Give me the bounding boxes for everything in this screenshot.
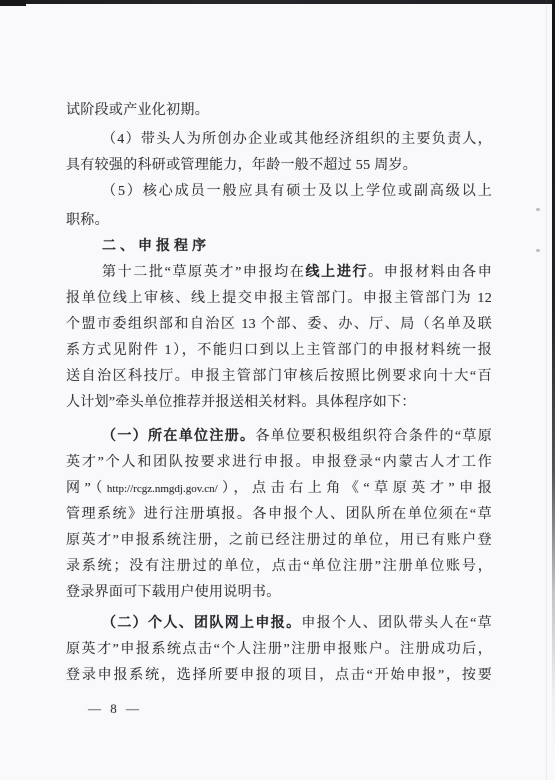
doc-line: 管理系统》进行注册填报。各申报个人、团队所在单位须在“草 [66, 502, 492, 528]
url-text: http://rcgz.nmgdj.gov.cn/ [107, 483, 218, 495]
scan-edge-shadow [546, 0, 547, 780]
doc-line: 报单位线上审核、线上提交申报主管部门。申报主管部门为 12 [66, 286, 492, 312]
doc-line-text: 网”（ [66, 481, 107, 496]
doc-line: 第十二批“草原英才”申报均在线上进行。申报材料由各申 [66, 260, 492, 286]
doc-line: 个盟市委组织部和自治区 13 个部、委、办、厅、局（名单及联 [66, 312, 492, 338]
doc-line-text: 申报个人、团队带头人在“草 [301, 616, 492, 631]
subsection-heading: （一）所在单位注册。 [102, 429, 255, 444]
doc-line: 送自治区科技厅。申报主管部门审核后按照比例要求向十大“百 [66, 364, 492, 390]
doc-line: 原英才”申报系统点击“个人注册”注册申报账户。注册成功后， [66, 637, 492, 663]
doc-line: 具有较强的科研或管理能力，年龄一般不超过 55 周岁。 [66, 153, 492, 179]
scanned-document-page: 试阶段或产业化初期。 （4）带头人为所创办企业或其他经济组织的主要负责人， 具有… [0, 0, 555, 780]
doc-line: （一）所在单位注册。各单位要积极组织符合条件的“草原 [66, 424, 492, 450]
doc-line: 人计划”牵头单位推荐并报送相关材料。具体程序如下： [66, 390, 492, 416]
doc-line: 原英才”申报系统注册，之前已经注册过的单位，用已有账户登 [66, 528, 492, 554]
doc-line: （二）个人、团队网上申报。申报个人、团队带头人在“草 [66, 611, 492, 637]
doc-line: 系方式见附件 1），不能归口到以上主管部门的申报材料统一报 [66, 338, 492, 364]
doc-line: （4）带头人为所创办企业或其他经济组织的主要负责人， [66, 127, 492, 153]
doc-line-text: 各单位要积极组织符合条件的“草原 [255, 429, 492, 444]
bold-run: 线上进行 [306, 265, 369, 280]
doc-line: 录系统；没有注册过的单位，点击“单位注册”注册单位账号， [66, 554, 492, 580]
doc-line: 试阶段或产业化初期。 [66, 98, 492, 124]
doc-line-text: 第十二批“草原英才”申报均在 [102, 265, 306, 280]
doc-line: 网”（http://rcgz.nmgdj.gov.cn/），点击右上角《“草原英… [66, 476, 492, 502]
doc-line: （5）核心成员一般应具有硕士及以上学位或副高级以上 [66, 179, 492, 205]
doc-line-text: 。申报材料由各申 [368, 265, 492, 280]
subsection-heading: （二）个人、团队网上申报。 [102, 616, 301, 631]
scan-edge-top-left [0, 0, 26, 6]
section-heading: 二、申报程序 [66, 234, 492, 260]
scan-speckle [536, 208, 540, 211]
page-number: — 8 — [66, 698, 492, 720]
doc-line: 登录申报系统，选择所要申报的项目，点击“开始申报”，按要 [66, 663, 492, 689]
scan-speckle [536, 249, 540, 252]
doc-line: 登录界面可下载用户使用说明书。 [66, 580, 492, 606]
doc-line-text: ），点击右上角《“草原英才”申报 [218, 481, 492, 496]
doc-line: 职称。 [66, 208, 492, 234]
document-body: 试阶段或产业化初期。 （4）带头人为所创办企业或其他经济组织的主要负责人， 具有… [66, 0, 492, 720]
doc-line: 英才”个人和团队按要求进行申报。申报登录“内蒙古人才工作 [66, 450, 492, 476]
